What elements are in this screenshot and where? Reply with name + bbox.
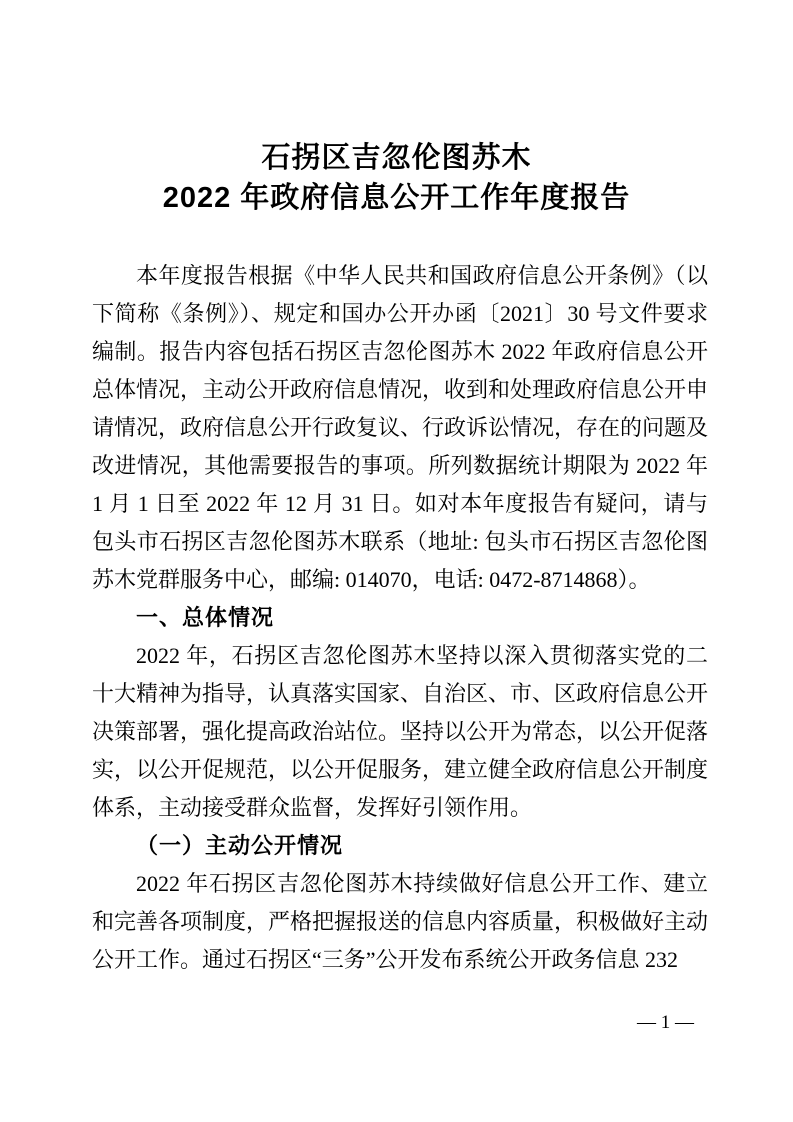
page-number: — 1 — [637,1012,694,1033]
document-body: 本年度报告根据《中华人民共和国政府信息公开条例》（以下简称《条例》）、规定和国办… [92,257,708,979]
title-line-1: 石拐区吉忽伦图苏木 [0,138,793,178]
document-title: 石拐区吉忽伦图苏木 2022 年政府信息公开工作年度报告 [0,0,793,218]
document-page: 石拐区吉忽伦图苏木 2022 年政府信息公开工作年度报告 本年度报告根据《中华人… [0,0,793,1122]
paragraph-intro: 本年度报告根据《中华人民共和国政府信息公开条例》（以下简称《条例》）、规定和国办… [92,257,708,599]
paragraph-overall-situation: 2022 年，石拐区吉忽伦图苏木坚持以深入贯彻落实党的二十大精神为指导，认真落实… [92,637,708,827]
page-footer: — 1 — [637,1012,694,1034]
section-heading-overall-situation: 一、总体情况 [92,599,708,637]
title-line-2: 2022 年政府信息公开工作年度报告 [0,178,793,218]
subsection-heading-proactive-disclosure: （一）主动公开情况 [92,827,708,865]
paragraph-proactive-disclosure: 2022 年石拐区吉忽伦图苏木持续做好信息公开工作、建立和完善各项制度，严格把握… [92,865,708,979]
